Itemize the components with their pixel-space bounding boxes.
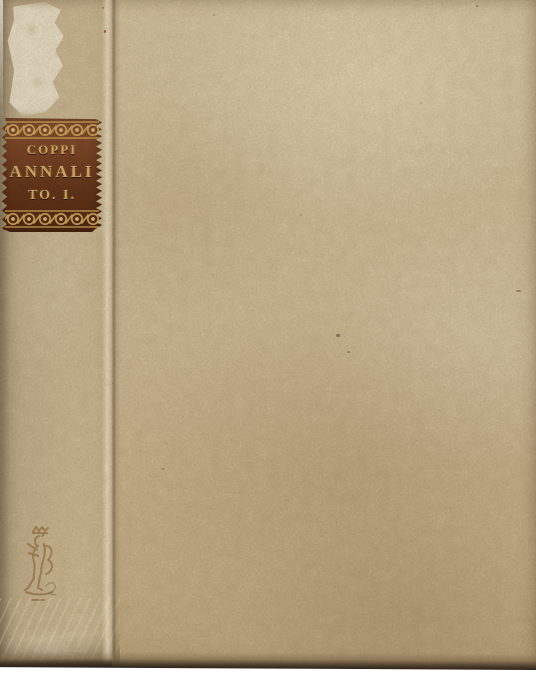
stain-speck: [162, 468, 165, 470]
stain-speck: [300, 214, 302, 216]
background-sliver: [0, 0, 3, 130]
dark-fleck: [102, 7, 104, 9]
pencil-mark: [44, 582, 60, 598]
stain-speck: [420, 102, 422, 104]
stain-speck: [213, 14, 215, 16]
spine-label-title: ANNALI: [2, 162, 102, 182]
stain-speck: [516, 290, 521, 292]
spine-label-author: COPPI: [2, 142, 102, 158]
red-fleck: [104, 30, 106, 33]
spine-title-label: COPPI ANNALI TO. I.: [2, 118, 102, 232]
front-cover-vellum: [108, 0, 536, 672]
hinge-groove: [94, 0, 124, 672]
background-floor: [0, 667, 536, 678]
stain-speck: [476, 5, 478, 7]
book-photo: COPPI ANNALI TO. I.: [0, 0, 536, 678]
stain-speck: [336, 334, 340, 337]
gilt-guilloche-border-bottom-icon: [5, 210, 99, 228]
spine-label-volume: TO. I.: [2, 188, 102, 204]
stain-speck: [347, 351, 350, 353]
gilt-guilloche-border-top-icon: [5, 121, 99, 139]
spine-head-wear-patch: [4, 2, 96, 116]
